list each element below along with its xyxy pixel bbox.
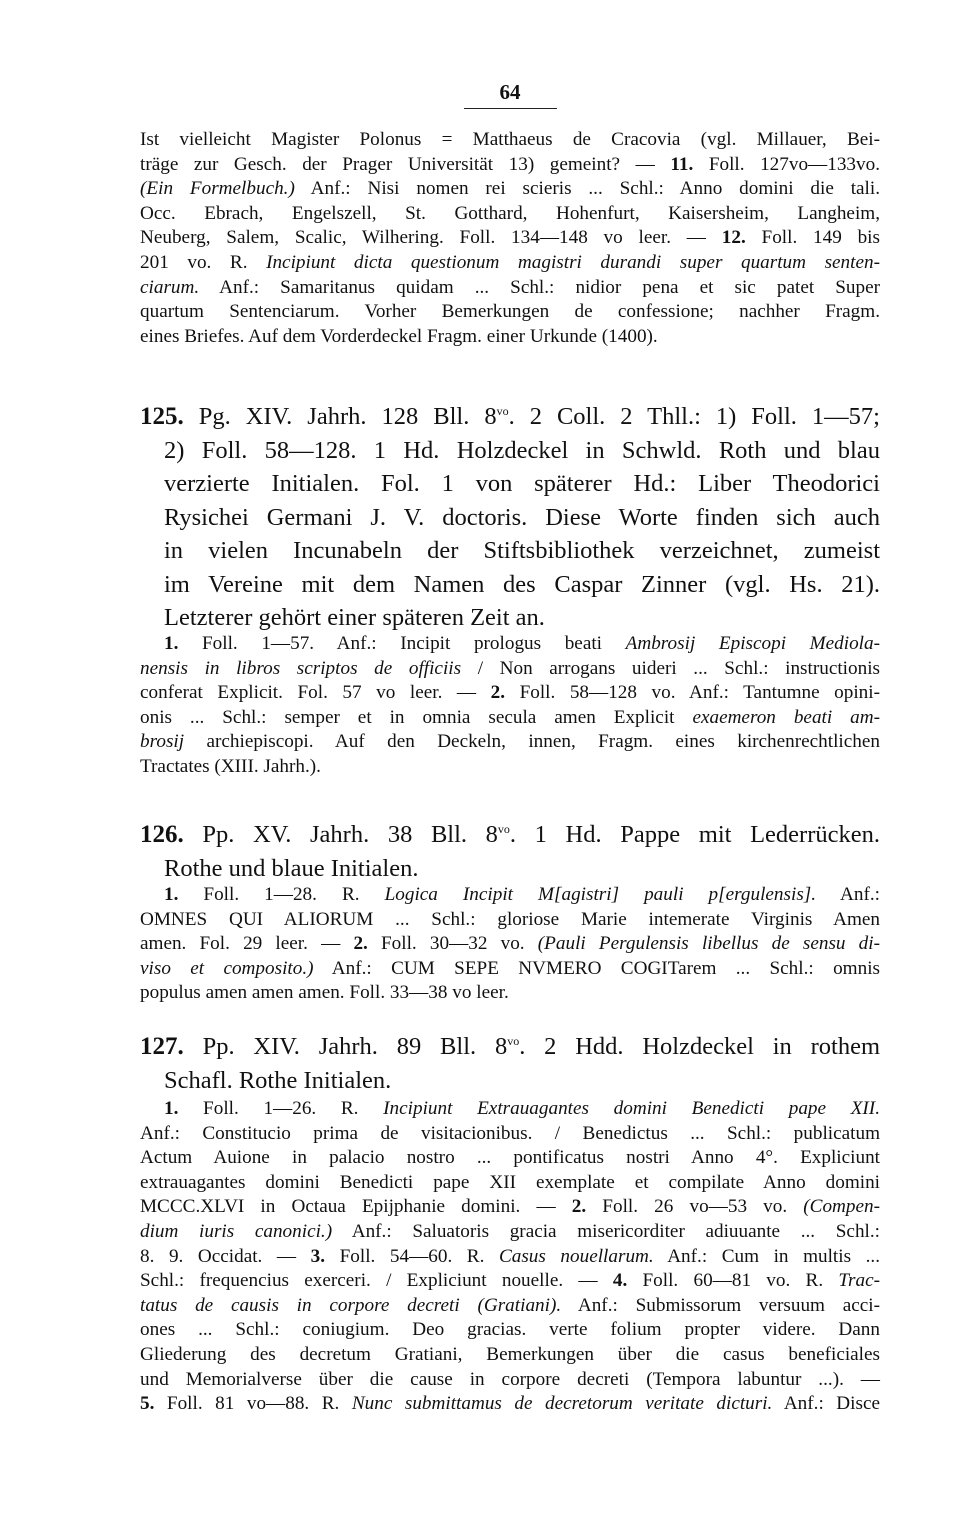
entry-125-body: 1. Foll. 1—57. Anf.: Incipit prologus be… — [140, 632, 880, 780]
entry-127-heading: 127. Pp. XIV. Jahrh. 89 Bll. 8vo. 2 Hdd.… — [140, 1025, 880, 1097]
text-line: 127. Pp. XIV. Jahrh. 89 Bll. 8vo. 2 Hdd.… — [140, 1025, 880, 1064]
text-line: Neuberg, Salem, Scalic, Wilhering. Foll.… — [140, 226, 880, 251]
text-line: 201 vo. R. Incipiunt dicta questionum ma… — [140, 251, 880, 276]
text-line: Schl.: frequencius exerceri. / Expliciun… — [140, 1269, 880, 1294]
text-line: Rothe und blaue Initialen. — [140, 852, 880, 886]
text-line: 8. 9. Occidat. — 3. Foll. 54—60. R. Casu… — [140, 1245, 880, 1270]
text-line: Anf.: Constitucio prima de visitacionibu… — [140, 1122, 880, 1147]
text-line: 1. Foll. 1—26. R. Incipiunt Extrauagante… — [140, 1097, 880, 1122]
text-line: Gliederung des decretum Gratiani, Bemerk… — [140, 1343, 880, 1368]
text-line: Tractates (XIII. Jahrh.). — [140, 755, 880, 780]
text-line: quartum Sentenciarum. Vorher Bemerkungen… — [140, 300, 880, 325]
text-line: verzierte Initialen. Fol. 1 von späterer… — [140, 467, 880, 501]
text-line: 5. Foll. 81 vo—88. R. Nunc submittamus d… — [140, 1392, 880, 1417]
text-line: Rysichei Germani J. V. doctoris. Diese W… — [140, 501, 880, 535]
text-line: viso et composito.) Anf.: CUM SEPE NVMER… — [140, 957, 880, 982]
entry-125-heading: 125. Pg. XIV. Jahrh. 128 Bll. 8vo. 2 Col… — [140, 395, 880, 635]
text-line: onis ... Schl.: semper et in omnia secul… — [140, 706, 880, 731]
entry-number: 127. — [140, 1033, 184, 1060]
entry-126-heading: 126. Pp. XV. Jahrh. 38 Bll. 8vo. 1 Hd. P… — [140, 813, 880, 885]
text-line: nensis in libros scriptos de officiis / … — [140, 657, 880, 682]
text-line: dium iuris canonici.) Anf.: Saluatoris g… — [140, 1220, 880, 1245]
entry-127-body: 1. Foll. 1—26. R. Incipiunt Extrauagante… — [140, 1097, 880, 1417]
text-line: brosij archiepiscopi. Auf den Deckeln, i… — [140, 730, 880, 755]
text-line: extrauagantes domini Benedicti pape XII … — [140, 1171, 880, 1196]
text-line: conferat Explicit. Fol. 57 vo leer. — 2.… — [140, 681, 880, 706]
text-line: Actum Auione in palacio nostro ... ponti… — [140, 1146, 880, 1171]
text-line: tatus de causis in corpore decreti (Grat… — [140, 1294, 880, 1319]
page-number-rule — [464, 108, 557, 109]
text-line: populus amen amen amen. Foll. 33—38 vo l… — [140, 981, 880, 1006]
entry-124-continued: Ist vielleicht Magister Polonus = Mattha… — [140, 128, 880, 349]
text-line: ones ... Schl.: coniugium. Deo gracias. … — [140, 1318, 880, 1343]
text-line: und Memorialverse über die cause in corp… — [140, 1368, 880, 1393]
text-line: träge zur Gesch. der Prager Universität … — [140, 153, 880, 178]
text-line: eines Briefes. Auf dem Vorderdeckel Frag… — [140, 325, 880, 350]
text-line: 2) Foll. 58—128. 1 Hd. Holzdeckel in Sch… — [140, 434, 880, 468]
text-line: amen. Fol. 29 leer. — 2. Foll. 30—32 vo.… — [140, 932, 880, 957]
text-line: 126. Pp. XV. Jahrh. 38 Bll. 8vo. 1 Hd. P… — [140, 813, 880, 852]
text-line: ciarum. Anf.: Samaritanus quidam ... Sch… — [140, 276, 880, 301]
text-line: im Vereine mit dem Namen des Caspar Zinn… — [140, 568, 880, 602]
text-line: 1. Foll. 1—28. R. Logica Incipit M[agist… — [140, 883, 880, 908]
text-line: MCCC.XLVI in Octaua Epijphanie domini. —… — [140, 1195, 880, 1220]
entry-number: 126. — [140, 821, 184, 848]
text-line: 125. Pg. XIV. Jahrh. 128 Bll. 8vo. 2 Col… — [140, 395, 880, 434]
text-line: Ist vielleicht Magister Polonus = Mattha… — [140, 128, 880, 153]
text-line: Schafl. Rothe Initialen. — [140, 1064, 880, 1098]
page-number: 64 — [140, 80, 880, 105]
text-line: in vielen Incunabeln der Stiftsbibliothe… — [140, 534, 880, 568]
text-line: (Ein Formelbuch.) Anf.: Nisi nomen rei s… — [140, 177, 880, 202]
text-line: Occ. Ebrach, Engelszell, St. Gotthard, H… — [140, 202, 880, 227]
text-line: Letzterer gehört einer späteren Zeit an. — [140, 601, 880, 635]
entry-number: 125. — [140, 403, 184, 430]
text-line: OMNES QUI ALIORUM ... Schl.: gloriose Ma… — [140, 908, 880, 933]
text-line: 1. Foll. 1—57. Anf.: Incipit prologus be… — [140, 632, 880, 657]
entry-126-body: 1. Foll. 1—28. R. Logica Incipit M[agist… — [140, 883, 880, 1006]
